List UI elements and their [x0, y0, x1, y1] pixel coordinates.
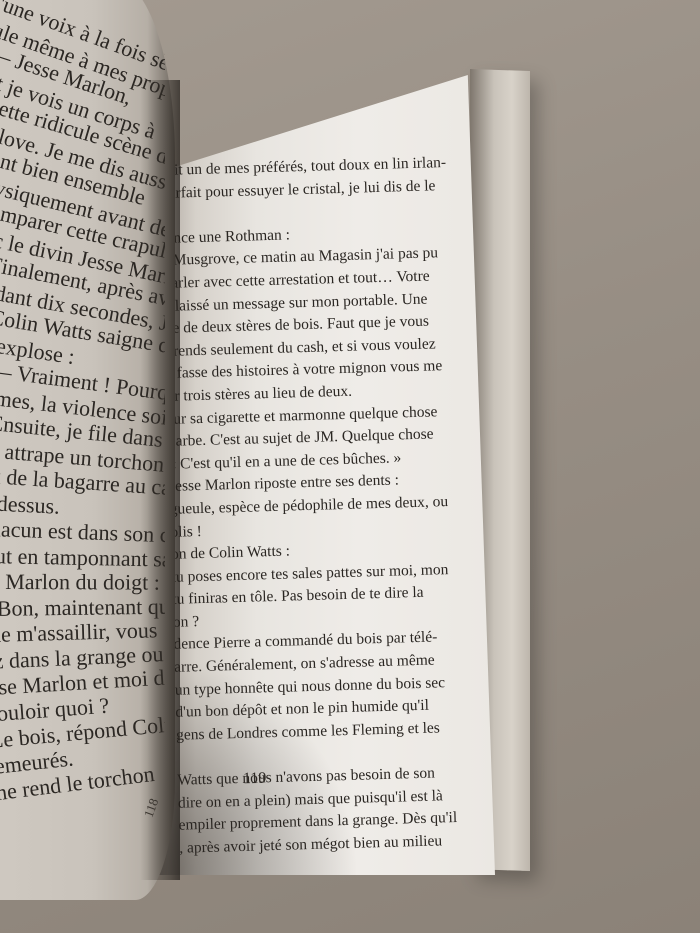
text-line: r dessus.	[0, 490, 60, 520]
spine-shadow	[140, 80, 180, 880]
photo-scene: soit un de mes préférés, tout doux en li…	[0, 0, 700, 933]
right-page-text: soit un de mes préférés, tout doux en li…	[160, 151, 499, 860]
text-line: e Marlon du doigt :	[0, 569, 160, 596]
right-page-number: 119	[243, 770, 267, 789]
